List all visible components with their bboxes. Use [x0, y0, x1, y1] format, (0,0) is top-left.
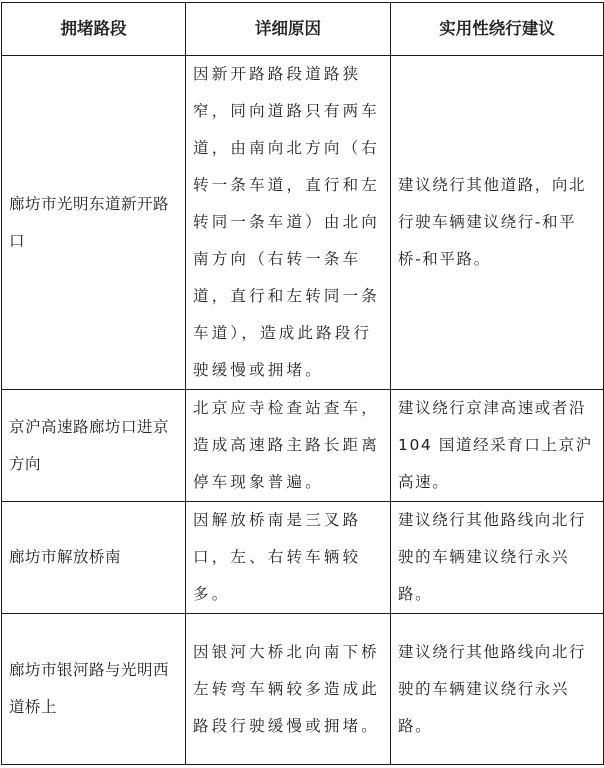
header-detour-advice: 实用性绕行建议 [391, 3, 604, 56]
cell-reason: 北京应寺检查站查车，造成高速路主路长距离停车现象普遍。 [186, 390, 391, 502]
cell-advice: 建议绕行其他路线向北行驶的车辆建议绕行永兴路。 [391, 502, 604, 614]
table-row: 廊坊市解放桥南 因解放桥南是三叉路口，左、右转车辆较多。 建议绕行其他路线向北行… [2, 502, 604, 614]
table-row: 京沪高速路廊坊口进京方向 北京应寺检查站查车，造成高速路主路长距离停车现象普遍。… [2, 390, 604, 502]
cell-advice: 建议绕行其他路线向北行驶的车辆建议绕行永兴路。 [391, 614, 604, 765]
cell-location: 廊坊市光明东道新开路口 [2, 56, 186, 390]
cell-reason: 因银河大桥北向南下桥左转弯车辆较多造成此路段行驶缓慢或拥堵。 [186, 614, 391, 765]
cell-location: 京沪高速路廊坊口进京方向 [2, 390, 186, 502]
congestion-table: 拥堵路段 详细原因 实用性绕行建议 廊坊市光明东道新开路口 因新开路路段道路狭窄… [1, 2, 604, 765]
cell-advice: 建议绕行其他道路，向北行驶车辆建议绕行-和平桥-和平路。 [391, 56, 604, 390]
cell-location: 廊坊市银河路与光明西道桥上 [2, 614, 186, 765]
header-detailed-reason: 详细原因 [186, 3, 391, 56]
header-congested-section: 拥堵路段 [2, 3, 186, 56]
cell-reason: 因新开路路段道路狭窄，同向道路只有两车道，由南向北方向（右转一条车道，直行和左转… [186, 56, 391, 390]
table-row: 廊坊市银河路与光明西道桥上 因银河大桥北向南下桥左转弯车辆较多造成此路段行驶缓慢… [2, 614, 604, 765]
table-header-row: 拥堵路段 详细原因 实用性绕行建议 [2, 3, 604, 56]
cell-advice: 建议绕行京津高速或者沿 104 国道经采育口上京沪高速。 [391, 390, 604, 502]
cell-location: 廊坊市解放桥南 [2, 502, 186, 614]
cell-reason: 因解放桥南是三叉路口，左、右转车辆较多。 [186, 502, 391, 614]
table-row: 廊坊市光明东道新开路口 因新开路路段道路狭窄，同向道路只有两车道，由南向北方向（… [2, 56, 604, 390]
